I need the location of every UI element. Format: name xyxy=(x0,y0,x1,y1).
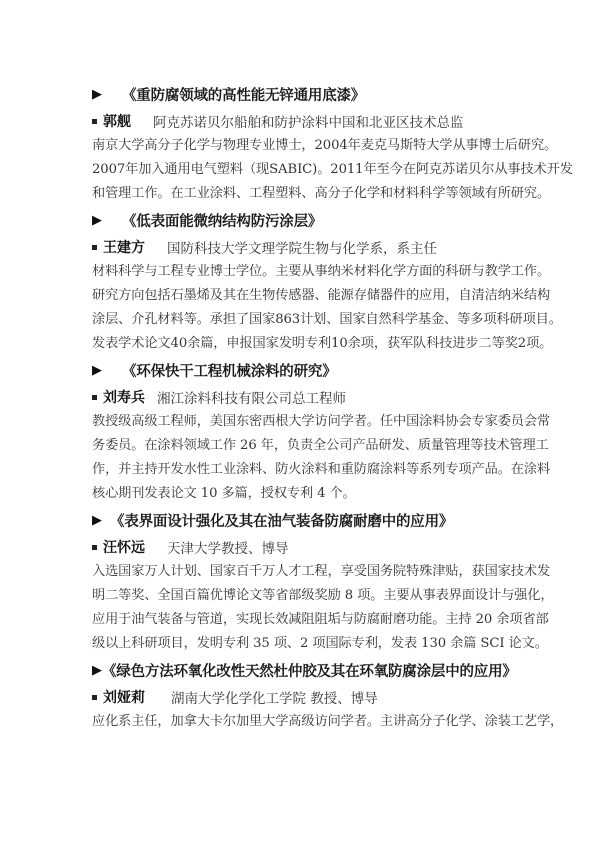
speaker-row: 郭舰 阿克苏诺贝尔船舶和防护涂料中国和北亚区技术总监 xyxy=(92,108,512,134)
talk-title: 《表界面设计强化及其在油气装备防腐耐磨中的应用》 xyxy=(110,510,453,531)
triangle-right-icon: ▶ xyxy=(92,363,122,378)
triangle-right-icon: ▶ xyxy=(92,663,102,678)
bio-line: 研究方向包括石墨烯及其在生物传感器、能源存储器件的应用，自清洁纳米结构 xyxy=(92,284,512,308)
talk-title: 《低表面能微纳结构防污涂层》 xyxy=(122,210,322,231)
section-title: ▶ 《重防腐领域的高性能无锌通用底漆》 xyxy=(92,80,512,108)
triangle-right-icon: ▶ xyxy=(92,213,122,228)
triangle-right-icon: ▶ xyxy=(92,513,110,528)
speaker-row: 刘娅莉 湖南大学化学化工学院 教授、博导 xyxy=(92,684,512,710)
square-bullet-icon xyxy=(92,119,97,124)
bio-line: 2007年加入通用电气塑料（现SABIC)。2011年至今在阿克苏诺贝尔从事技术… xyxy=(92,158,512,182)
speaker-row: 刘寿兵 湘江涂料科技有限公司总工程师 xyxy=(92,384,512,410)
square-bullet-icon xyxy=(92,395,97,400)
speaker-role: 湖南大学化学化工学院 教授、博导 xyxy=(171,687,378,707)
bio-line: 教授级高级工程师，美国东密西根大学访问学者。任中国涂料协会专家委员会常 xyxy=(92,410,512,434)
bio-line: 和管理工作。在工业涂料、工程塑料、高分子化学和材料科学等领域有所研究。 xyxy=(92,182,512,206)
bio-line: 作，并主持开发水性工业涂料、防火涂料和重防腐涂料等系列专项产品。在涂料 xyxy=(92,458,512,482)
bio-line: 级以上科研项目，发明专利 35 项、2 项国际专利，发表 130 余篇 SCI … xyxy=(92,632,512,656)
speaker-row: 汪怀远 天津大学教授、博导 xyxy=(92,534,512,560)
section-title: ▶ 《表界面设计强化及其在油气装备防腐耐磨中的应用》 xyxy=(92,506,512,534)
speaker-role: 国防科技大学文理学院生物与化学系，系主任 xyxy=(167,237,437,257)
speaker-role: 湘江涂料科技有限公司总工程师 xyxy=(157,387,346,407)
bio-line: 明二等奖、全国百篇优博论文等省部级奖励 8 项。主要从事表界面设计与强化， xyxy=(92,584,512,608)
speaker-name: 刘寿兵 xyxy=(103,387,145,407)
section-title: ▶ 《环保快干工程机械涂料的研究》 xyxy=(92,356,512,384)
bio-line: 核心期刊发表论文 10 多篇，授权专利 4 个。 xyxy=(92,482,512,506)
talk-title: 《绿色方法环氧化改性天然杜仲胶及其在环氧防腐涂层中的应用》 xyxy=(102,660,517,681)
bio-line: 材料科学与工程专业博士学位。主要从事纳米材料化学方面的科研与教学工作。 xyxy=(92,260,512,284)
talk-title: 《重防腐领域的高性能无锌通用底漆》 xyxy=(122,84,365,105)
bio-line: 入选国家万人计划、国家百千万人才工程，享受国务院特殊津贴，获国家技术发 xyxy=(92,560,512,584)
speaker-name: 郭舰 xyxy=(103,111,131,131)
speaker-role: 阿克苏诺贝尔船舶和防护涂料中国和北亚区技术总监 xyxy=(153,111,464,131)
bio-line: 发表学术论文40余篇，申报国家发明专利10余项，获军队科技进步二等奖2项。 xyxy=(92,332,512,356)
bio-line: 南京大学高分子化学与物理专业博士，2004年麦克马斯特大学从事博士后研究。 xyxy=(92,134,512,158)
document-page: ▶ 《重防腐领域的高性能无锌通用底漆》 郭舰 阿克苏诺贝尔船舶和防护涂料中国和北… xyxy=(92,80,512,734)
speaker-name: 汪怀远 xyxy=(103,537,145,557)
speaker-role: 天津大学教授、博导 xyxy=(167,537,289,557)
bio-line: 应化系主任，加拿大卡尔加里大学高级访问学者。主讲高分子化学、涂装工艺学， xyxy=(92,710,512,734)
speaker-name: 王建方 xyxy=(103,237,145,257)
talk-title: 《环保快干工程机械涂料的研究》 xyxy=(122,360,337,381)
triangle-right-icon: ▶ xyxy=(92,87,122,102)
bio-line: 涂层、介孔材料等。承担了国家863计划、国家自然科学基金、等多项科研项目。 xyxy=(92,308,512,332)
section-title: ▶ 《低表面能微纳结构防污涂层》 xyxy=(92,206,512,234)
speaker-name: 刘娅莉 xyxy=(103,687,145,707)
bio-line: 应用于油气装备与管道，实现长效减阻阻垢与防腐耐磨功能。主持 20 余项省部 xyxy=(92,608,512,632)
speaker-row: 王建方 国防科技大学文理学院生物与化学系，系主任 xyxy=(92,234,512,260)
section-title: ▶ 《绿色方法环氧化改性天然杜仲胶及其在环氧防腐涂层中的应用》 xyxy=(92,656,512,684)
square-bullet-icon xyxy=(92,545,97,550)
square-bullet-icon xyxy=(92,245,97,250)
square-bullet-icon xyxy=(92,695,97,700)
bio-line: 务委员。在涂料领域工作 26 年，负责全公司产品研发、质量管理等技术管理工 xyxy=(92,434,512,458)
